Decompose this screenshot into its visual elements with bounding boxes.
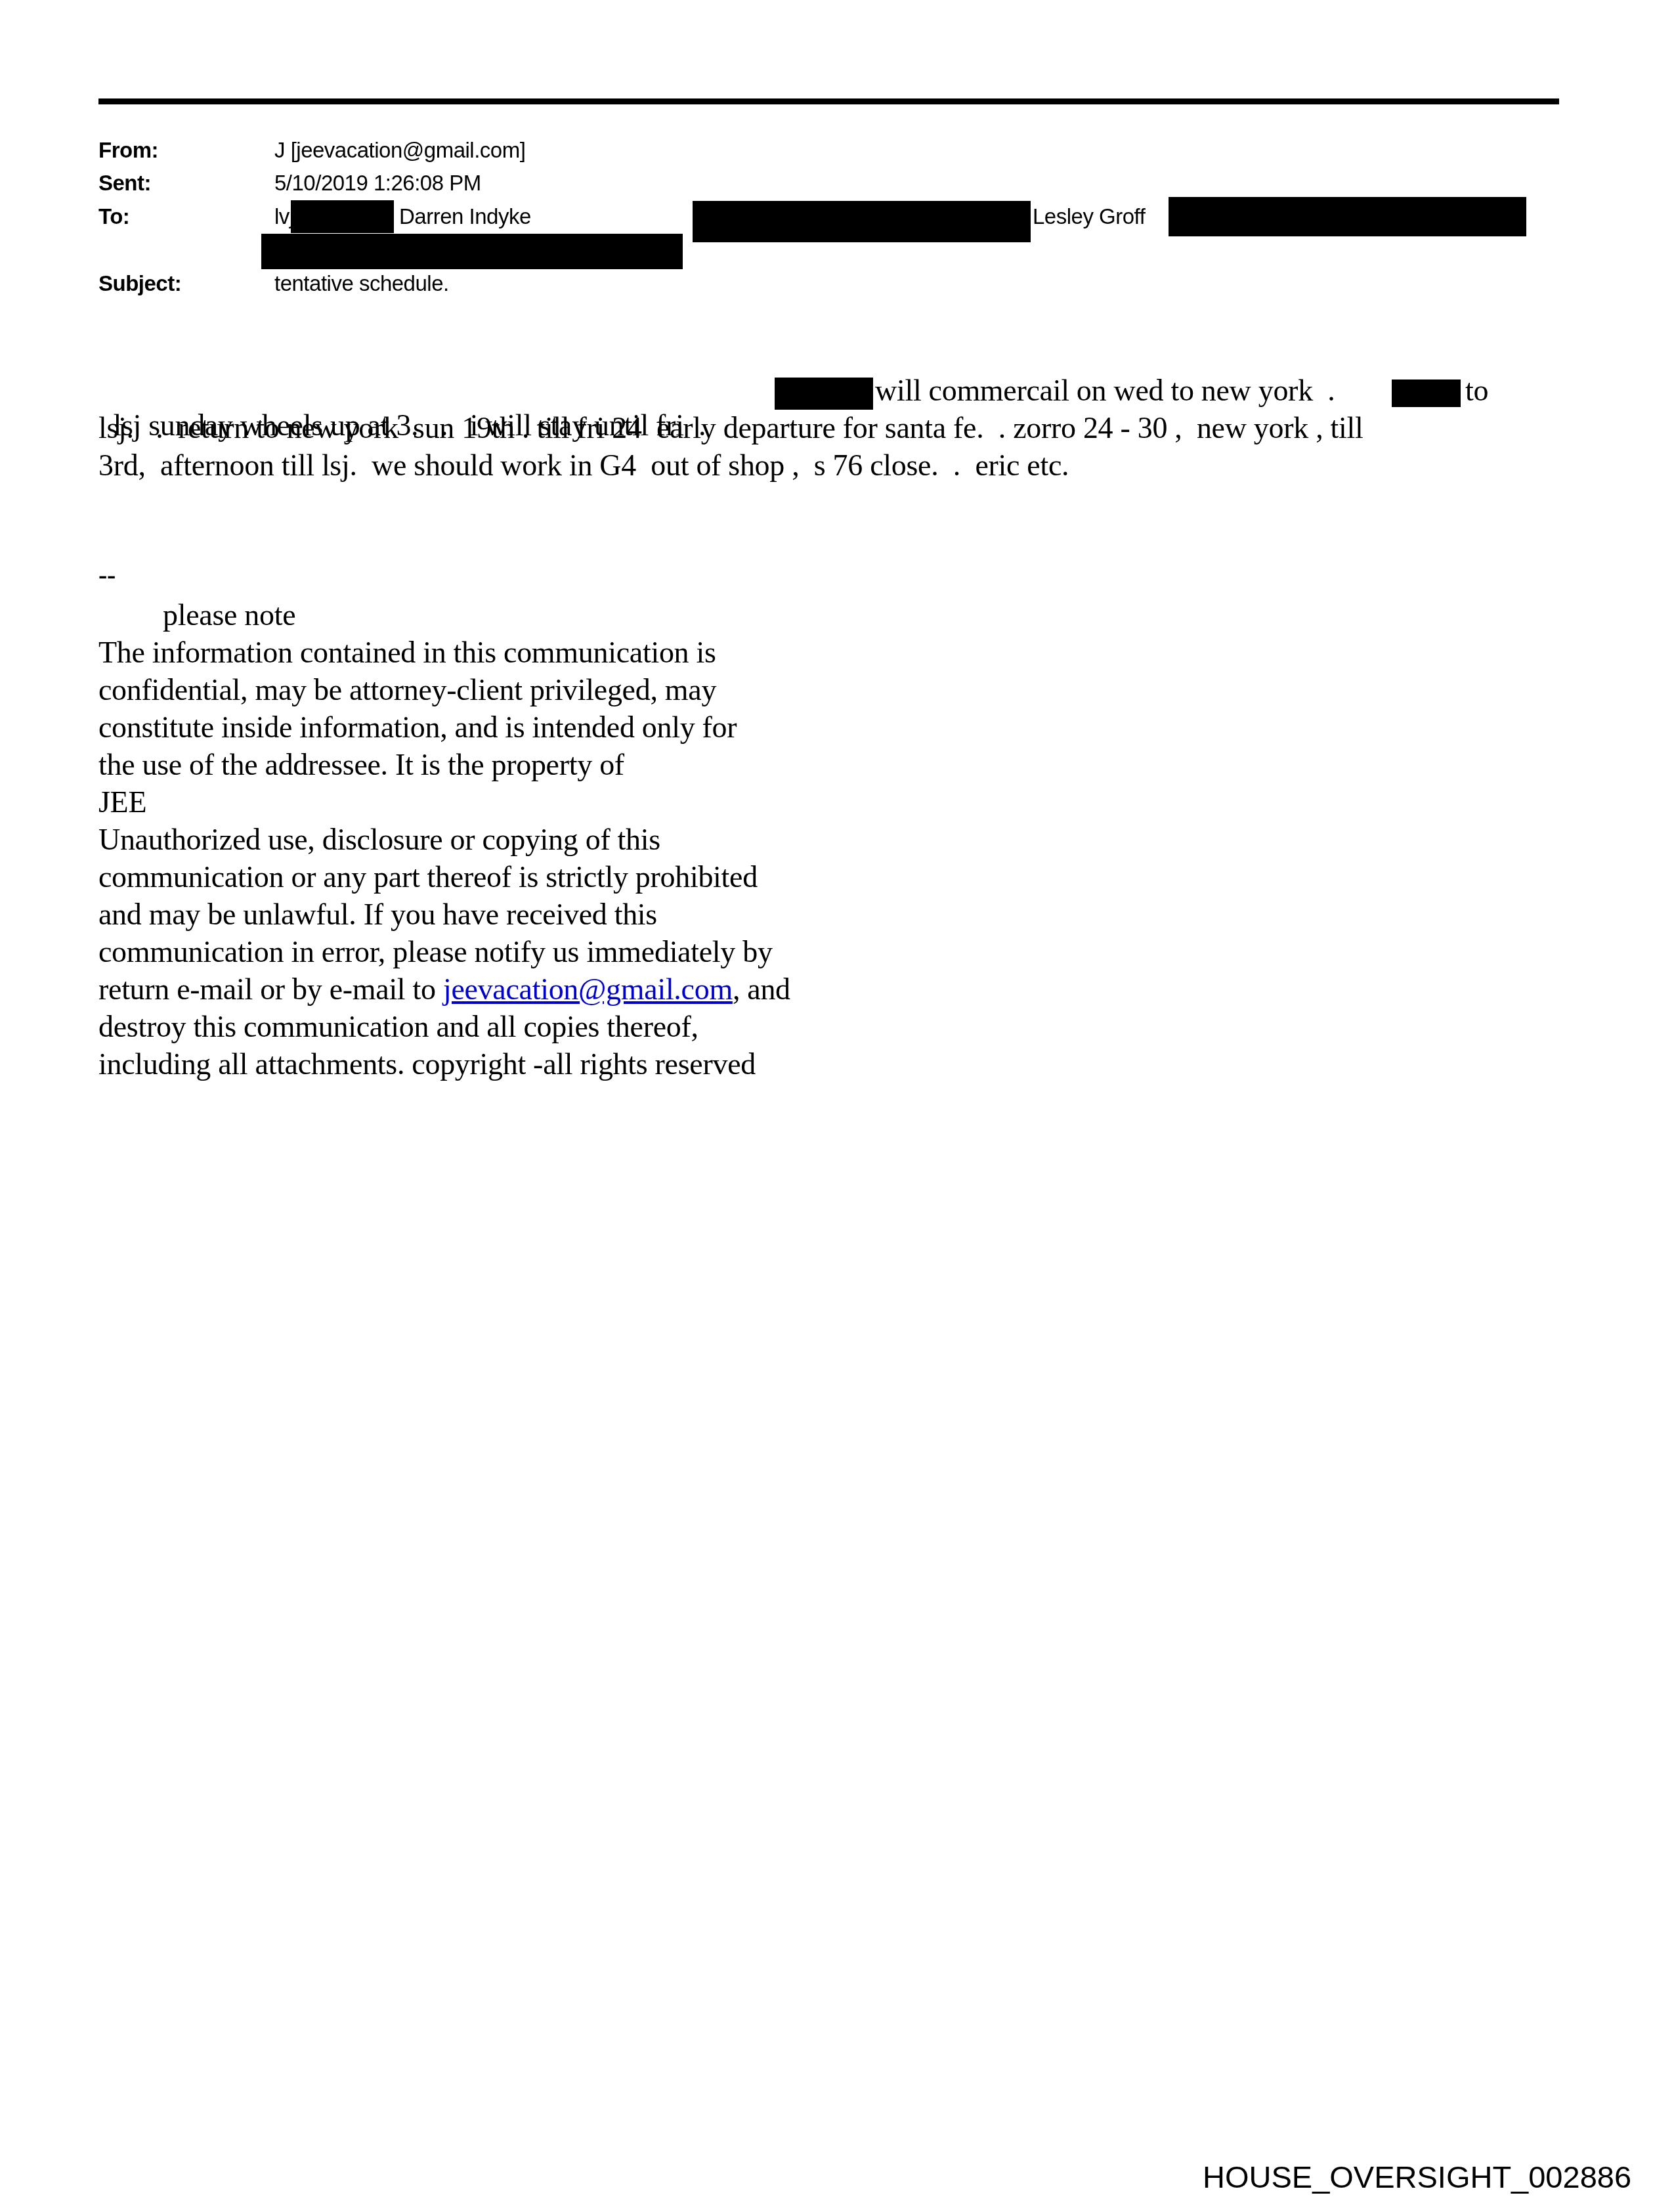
disclaimer-line: the use of the addressee. It is the prop… xyxy=(98,747,624,782)
to-recipient-lesley-groff: Lesley Groff xyxy=(1033,204,1145,229)
header-divider xyxy=(98,98,1559,104)
from-label: From: xyxy=(98,138,158,163)
redaction-box xyxy=(261,234,683,269)
sent-value: 5/10/2019 1:26:08 PM xyxy=(274,171,481,196)
redaction-box xyxy=(1169,197,1526,236)
subject-label: Subject: xyxy=(98,271,181,296)
disclaimer-line-email: return e-mail or by e-mail to jeevacatio… xyxy=(98,972,790,1007)
body-line-3: 3rd, afternoon till lsj. we should work … xyxy=(98,448,1069,483)
redaction-box xyxy=(693,201,1031,242)
to-recipient-darren-indyke: Darren Indyke xyxy=(399,204,531,229)
redaction-box xyxy=(291,200,394,233)
redaction-box xyxy=(1392,380,1461,407)
subject-value: tentative schedule. xyxy=(274,271,449,296)
disclaimer-line: and may be unlawful. If you have receive… xyxy=(98,897,657,932)
from-value: J [jeevacation@gmail.com] xyxy=(274,138,525,163)
bates-number: HOUSE_OVERSIGHT_002886 xyxy=(1203,2159,1631,2195)
body-line-1-part-b: will commercail on wed to new york . xyxy=(875,373,1335,408)
disclaimer-line: constitute inside information, and is in… xyxy=(98,710,737,745)
redaction-box xyxy=(775,378,873,410)
please-note: please note xyxy=(163,597,295,632)
disclaimer-line: communication in error, please notify us… xyxy=(98,934,773,969)
disclaimer-line: including all attachments. copyright -al… xyxy=(98,1047,756,1081)
disclaimer-line: communication or any part thereof is str… xyxy=(98,859,758,894)
disclaimer-line: destroy this communication and all copie… xyxy=(98,1009,698,1044)
email-line-suffix: , and xyxy=(733,972,790,1006)
signature-separator: -- xyxy=(98,559,116,590)
to-label: To: xyxy=(98,204,129,229)
email-line-prefix: return e-mail or by e-mail to xyxy=(98,972,443,1006)
disclaimer-line: Unauthorized use, disclosure or copying … xyxy=(98,822,660,857)
disclaimer-line: confidential, may be attorney-client pri… xyxy=(98,672,716,707)
body-line-2: lsj. . return to new york sun 19th . til… xyxy=(98,410,1363,445)
sent-label: Sent: xyxy=(98,171,151,196)
email-link[interactable]: jeevacation@gmail.com xyxy=(443,972,733,1006)
disclaimer-line: The information contained in this commun… xyxy=(98,635,716,670)
disclaimer-line: JEE xyxy=(98,785,146,819)
body-line-1-part-c: to xyxy=(1465,373,1488,408)
